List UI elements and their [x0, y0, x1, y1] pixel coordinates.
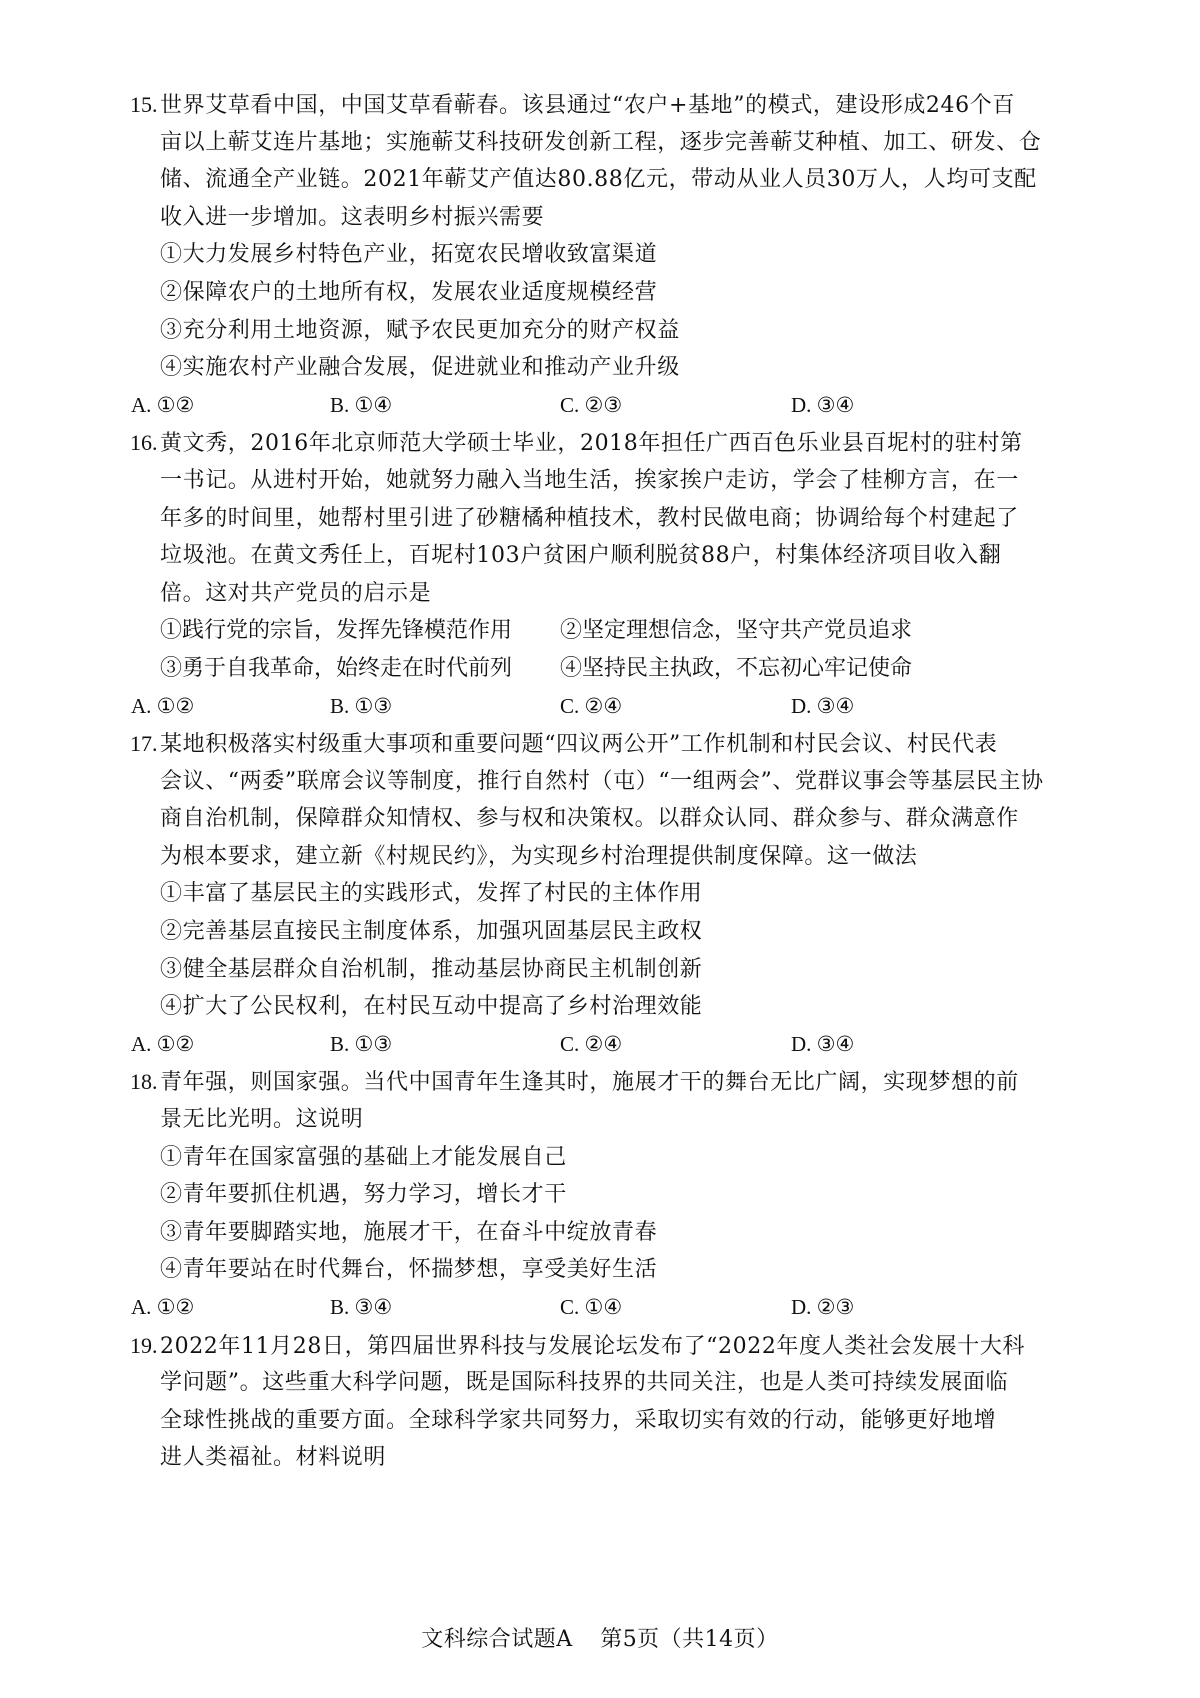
question-19: 19.2022年11月28日，第四届世界科技与发展论坛发布了“2022年度人类社… [130, 1327, 1100, 1477]
question-number: 17. [130, 725, 160, 763]
question-stem-line: 倍。这对共产党员的启示是 [130, 575, 1100, 613]
statement-option: ③充分利用土地资源，赋予农民更加充分的财产权益 [130, 312, 1100, 350]
answer-choice-c[interactable]: C. ②③ [560, 387, 622, 425]
answer-choice-a[interactable]: A. ①② [131, 1289, 194, 1327]
statement-option: ③勇于自我革命，始终走在时代前列 [160, 650, 512, 688]
question-stem-line: 年多的时间里，她帮村里引进了砂糖橘种植技术，教村民做电商；协调给每个村建起了 [130, 500, 1100, 538]
statement-option: ②保障农户的土地所有权，发展农业适度规模经营 [130, 274, 1100, 312]
question-number: 16. [130, 424, 160, 462]
question-stem-line: 15.世界艾草看中国，中国艾草看蕲春。该县通过“农户+基地”的模式，建设形成24… [130, 86, 1100, 124]
answer-choice-c[interactable]: C. ②④ [560, 688, 622, 726]
answer-choices: A. ①② B. ③④ C. ①④ D. ②③ [130, 1289, 1100, 1327]
statement-option: ④坚持民主执政，不忘初心牢记使命 [560, 650, 912, 688]
answer-choices: A. ①② B. ①③ C. ②④ D. ③④ [130, 1026, 1100, 1064]
answer-choices: A. ①② B. ①④ C. ②③ D. ③④ [130, 387, 1100, 425]
question-number: 15. [130, 86, 160, 124]
statement-option: ②完善基层直接民主制度体系，加强巩固基层民主政权 [130, 913, 1100, 951]
exam-page: 15.世界艾草看中国，中国艾草看蕲春。该县通过“农户+基地”的模式，建设形成24… [130, 86, 1100, 1477]
answer-choice-b[interactable]: B. ①③ [330, 688, 392, 726]
question-stem-line: 会议、“两委”联席会议等制度，推行自然村（屯）“一组两会”、党群议事会等基层民主… [130, 763, 1100, 801]
answer-choice-d[interactable]: D. ③④ [791, 1026, 854, 1064]
question-stem-line: 为根本要求，建立新《村规民约》，为实现乡村治理提供制度保障。这一做法 [130, 838, 1100, 876]
answer-choice-a[interactable]: A. ①② [131, 688, 194, 726]
question-16: 16.黄文秀，2016年北京师范大学硕士毕业，2018年担任广西百色乐业县百坭村… [130, 424, 1100, 725]
question-stem-line: 全球性挑战的重要方面。全球科学家共同努力，采取切实有效的行动，能够更好地增 [130, 1402, 1100, 1440]
question-stem-line: 进人类福祉。材料说明 [130, 1439, 1100, 1477]
exam-name: 文科综合试题A [421, 1627, 572, 1652]
question-stem-line: 垃圾池。在黄文秀任上，百坭村103户贫困户顺利脱贫88户，村集体经济项目收入翻 [130, 537, 1100, 575]
question-17: 17.某地积极落实村级重大事项和重要问题“四议两公开”工作机制和村民会议、村民代… [130, 725, 1100, 1063]
answer-choice-b[interactable]: B. ①③ [330, 1026, 392, 1064]
question-stem-line: 一书记。从进村开始，她就努力融入当地生活，挨家挨户走访，学会了桂柳方言，在一 [130, 462, 1100, 500]
answer-choice-d[interactable]: D. ③④ [791, 387, 854, 425]
question-stem-line: 景无比光明。这说明 [130, 1101, 1100, 1139]
statement-option: ①青年在国家富强的基础上才能发展自己 [130, 1139, 1100, 1177]
question-15: 15.世界艾草看中国，中国艾草看蕲春。该县通过“农户+基地”的模式，建设形成24… [130, 86, 1100, 424]
statement-option: ①丰富了基层民主的实践形式，发挥了村民的主体作用 [130, 875, 1100, 913]
statement-option: ④青年要站在时代舞台，怀揣梦想，享受美好生活 [130, 1251, 1100, 1289]
answer-choice-a[interactable]: A. ①② [131, 1026, 194, 1064]
answer-choice-c[interactable]: C. ①④ [560, 1289, 622, 1327]
question-stem-line: 17.某地积极落实村级重大事项和重要问题“四议两公开”工作机制和村民会议、村民代… [130, 725, 1100, 763]
question-stem-line: 亩以上蕲艾连片基地；实施蕲艾科技研发创新工程，逐步完善蕲艾种植、加工、研发、仓 [130, 124, 1100, 162]
question-18: 18.青年强，则国家强。当代中国青年生逢其时，施展才干的舞台无比广阔，实现梦想的… [130, 1063, 1100, 1326]
question-stem-line: 储、流通全产业链。2021年蕲艾产值达80.88亿元，带动从业人员30万人，人均… [130, 161, 1100, 199]
answer-choices: A. ①② B. ①③ C. ②④ D. ③④ [130, 688, 1100, 726]
answer-choice-b[interactable]: B. ③④ [330, 1289, 392, 1327]
statement-option-row: ①践行党的宗旨，发挥先锋模范作用 ②坚定理想信念，坚守共产党员追求 [130, 612, 1100, 650]
statement-option: ③青年要脚踏实地，施展才干，在奋斗中绽放青春 [130, 1214, 1100, 1252]
answer-choice-a[interactable]: A. ①② [131, 387, 194, 425]
answer-choice-d[interactable]: D. ②③ [791, 1289, 854, 1327]
statement-option-row: ③勇于自我革命，始终走在时代前列 ④坚持民主执政，不忘初心牢记使命 [130, 650, 1100, 688]
question-stem-line: 18.青年强，则国家强。当代中国青年生逢其时，施展才干的舞台无比广阔，实现梦想的… [130, 1063, 1100, 1101]
statement-option: ④扩大了公民权利，在村民互动中提高了乡村治理效能 [130, 988, 1100, 1026]
statement-option: ②青年要抓住机遇，努力学习，增长才干 [130, 1176, 1100, 1214]
question-stem-line: 学问题”。这些重大科学问题，既是国际科技界的共同关注，也是人类可持续发展面临 [130, 1364, 1100, 1402]
statement-option: ①大力发展乡村特色产业，拓宽农民增收致富渠道 [130, 236, 1100, 274]
statement-option: ①践行党的宗旨，发挥先锋模范作用 [160, 612, 512, 650]
page-footer: 文科综合试题A 第5页（共14页） [0, 1622, 1200, 1653]
question-stem-line: 商自治机制，保障群众知情权、参与权和决策权。以群众认同、群众参与、群众满意作 [130, 800, 1100, 838]
question-number: 18. [130, 1063, 160, 1101]
question-number: 19. [130, 1327, 160, 1365]
page-number: 第5页（共14页） [600, 1627, 779, 1652]
statement-option: ②坚定理想信念，坚守共产党员追求 [560, 612, 912, 650]
answer-choice-b[interactable]: B. ①④ [330, 387, 392, 425]
question-stem-line: 19.2022年11月28日，第四届世界科技与发展论坛发布了“2022年度人类社… [130, 1327, 1100, 1365]
question-stem-line: 收入进一步增加。这表明乡村振兴需要 [130, 199, 1100, 237]
answer-choice-c[interactable]: C. ②④ [560, 1026, 622, 1064]
question-stem-line: 16.黄文秀，2016年北京师范大学硕士毕业，2018年担任广西百色乐业县百坭村… [130, 424, 1100, 462]
statement-option: ④实施农村产业融合发展，促进就业和推动产业升级 [130, 349, 1100, 387]
answer-choice-d[interactable]: D. ③④ [791, 688, 854, 726]
statement-option: ③健全基层群众自治机制，推动基层协商民主机制创新 [130, 951, 1100, 989]
